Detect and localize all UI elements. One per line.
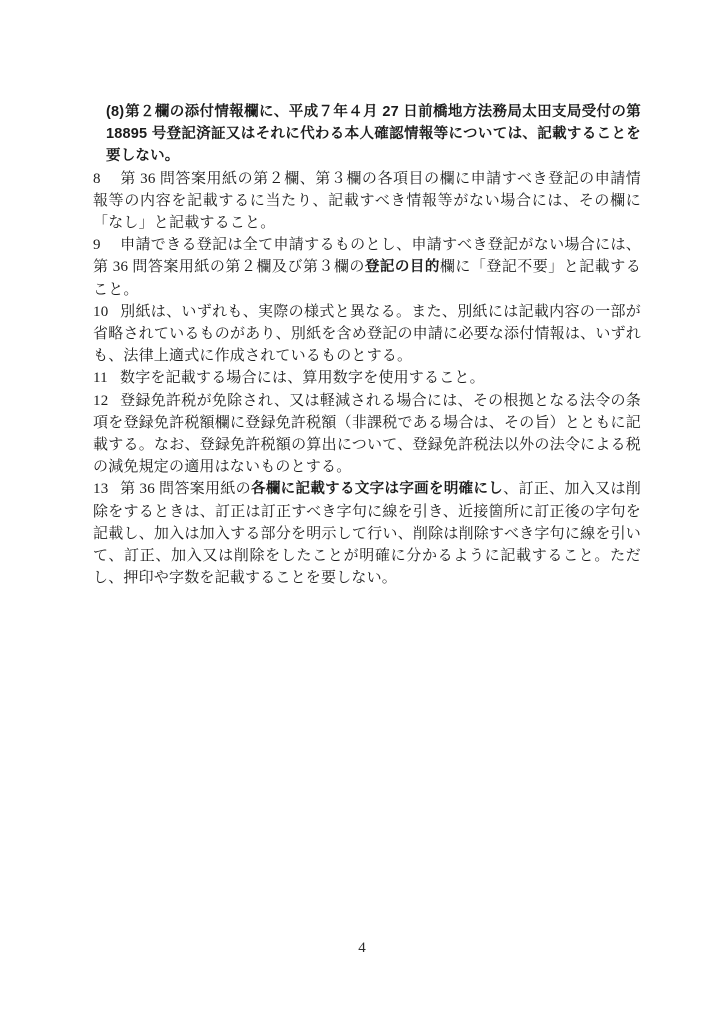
document-body: (8)第２欄の添付情報欄に、平成７年４月 27 日前橋地方法務局太田支局受付の第…: [0, 101, 724, 589]
item-marker: 10: [93, 301, 120, 323]
list-item-8: 8第 36 問答案用紙の第２欄、第３欄の各項目の欄に申請すべき登記の申請情報等の…: [93, 168, 641, 235]
item-text: 数字を記載する場合には、算用数字を使用すること。: [120, 370, 485, 386]
list-item-12: 12登録免許税が免除され、又は軽減される場合には、その根拠となる法令の条項を登録…: [93, 390, 641, 479]
item-text: 第 36 問答案用紙の第２欄、第３欄の各項目の欄に申請すべき登記の申請情報等の内…: [93, 171, 641, 231]
item-text: 登録免許税が免除され、又は軽減される場合には、その根拠となる法令の条項を登録免許…: [93, 393, 641, 476]
item-text-emphasis: 登記の目的: [365, 259, 440, 275]
item-text: 別紙は、いずれも、実際の様式と異なる。また、別紙には記載内容の一部が省略されてい…: [93, 304, 641, 364]
item-text: 第２欄の添付情報欄に、平成７年４月 27 日前橋地方法務局太田支局受付の第 18…: [106, 104, 641, 164]
item-marker: 9: [93, 234, 120, 256]
item-marker: 11: [93, 367, 120, 389]
item-marker: 12: [93, 390, 120, 412]
item-text: 第 36 問答案用紙の: [120, 481, 251, 497]
list-item-11: 11数字を記載する場合には、算用数字を使用すること。: [93, 367, 641, 389]
item-marker: 13: [93, 478, 120, 500]
list-item-10: 10別紙は、いずれも、実際の様式と異なる。また、別紙には記載内容の一部が省略され…: [93, 301, 641, 368]
page-number: 4: [0, 940, 724, 957]
item-text-emphasis: 各欄に記載する文字は字画を明確にし: [251, 481, 503, 497]
list-item-8-paren: (8)第２欄の添付情報欄に、平成７年４月 27 日前橋地方法務局太田支局受付の第…: [106, 101, 641, 168]
list-item-13: 13第 36 問答案用紙の各欄に記載する文字は字画を明確にし、訂正、加入又は削除…: [93, 478, 641, 589]
list-item-9: 9申請できる登記は全て申請するものとし、申請すべき登記がない場合には、第 36 …: [93, 234, 641, 301]
item-marker: 8: [93, 168, 120, 190]
document-page: (8)第２欄の添付情報欄に、平成７年４月 27 日前橋地方法務局太田支局受付の第…: [0, 0, 724, 1024]
item-marker: (8): [106, 101, 125, 123]
